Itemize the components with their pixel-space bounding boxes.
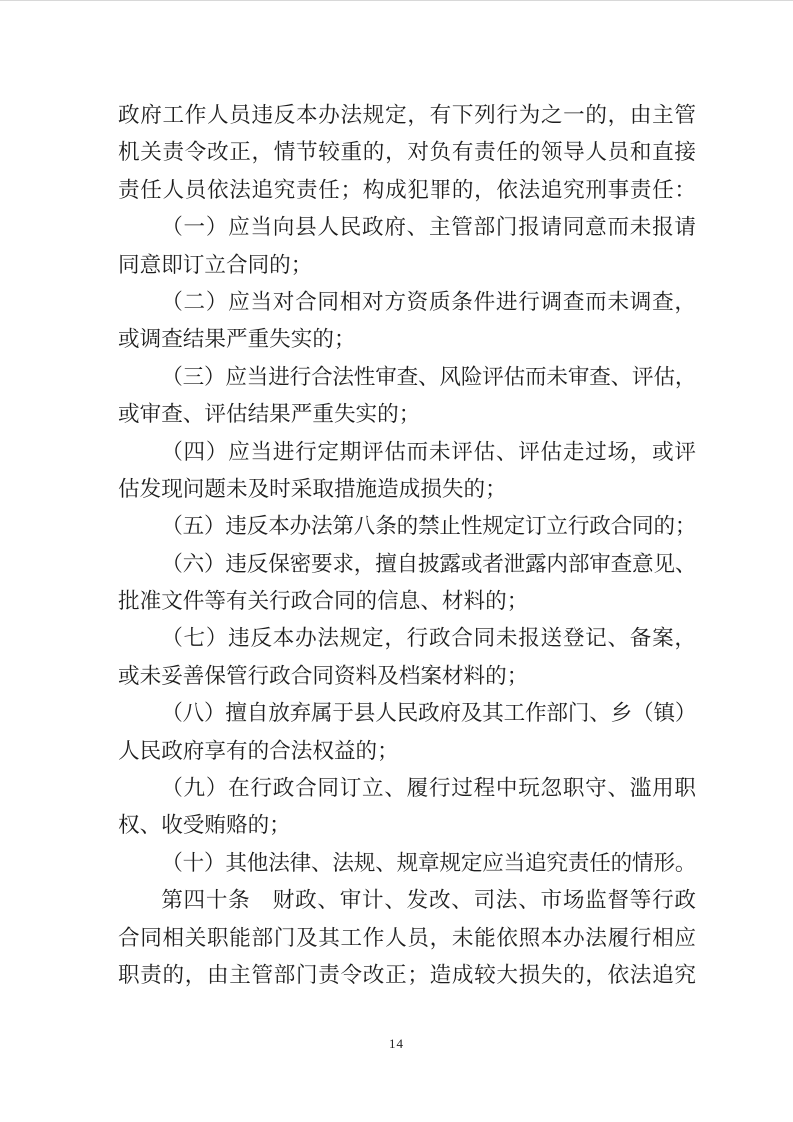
text-line: （七）违反本办法规定，行政合同未报送登记、备案， — [118, 620, 696, 657]
text-line: 或未妥善保管行政合同资料及档案材料的； — [118, 658, 696, 695]
text-line: （八）擅自放弃属于县人民政府及其工作部门、乡（镇） — [118, 695, 696, 732]
text-line: （三）应当进行合法性审查、风险评估而未审查、评估， — [118, 359, 696, 396]
text-line: （九）在行政合同订立、履行过程中玩忽职守、滥用职 — [118, 770, 696, 807]
document-page: 政府工作人员违反本办法规定，有下列行为之一的，由主管机关责令改正，情节较重的，对… — [0, 0, 793, 1122]
text-line: （五）违反本办法第八条的禁止性规定订立行政合同的； — [118, 508, 696, 545]
document-body: 政府工作人员违反本办法规定，有下列行为之一的，由主管机关责令改正，情节较重的，对… — [118, 97, 696, 994]
text-line: （二）应当对合同相对方资质条件进行调查而未调查， — [118, 284, 696, 321]
text-line: 人民政府享有的合法权益的； — [118, 733, 696, 770]
text-line: （四）应当进行定期评估而未评估、评估走过场，或评 — [118, 434, 696, 471]
text-line: 或审查、评估结果严重失实的； — [118, 396, 696, 433]
text-line: 或调查结果严重失实的； — [118, 321, 696, 358]
text-line: （十）其他法律、法规、规章规定应当追究责任的情形。 — [118, 845, 696, 882]
text-line: 机关责令改正，情节较重的，对负有责任的领导人员和直接 — [118, 134, 696, 171]
text-line: 政府工作人员违反本办法规定，有下列行为之一的，由主管 — [118, 97, 696, 134]
page-number: 14 — [389, 1036, 404, 1051]
text-line: 合同相关职能部门及其工作人员，未能依照本办法履行相应 — [118, 920, 696, 957]
page-footer: 14 — [0, 1035, 793, 1053]
text-line: 权、收受贿赂的； — [118, 807, 696, 844]
text-line: 第四十条 财政、审计、发改、司法、市场监督等行政 — [118, 882, 696, 919]
text-line: 职责的，由主管部门责令改正；造成较大损失的，依法追究 — [118, 957, 696, 994]
text-line: 同意即订立合同的； — [118, 247, 696, 284]
text-line: （一）应当向县人民政府、主管部门报请同意而未报请 — [118, 209, 696, 246]
text-line: （六）违反保密要求，擅自披露或者泄露内部审查意见、 — [118, 546, 696, 583]
text-line: 估发现问题未及时采取措施造成损失的； — [118, 471, 696, 508]
text-line: 批准文件等有关行政合同的信息、材料的； — [118, 583, 696, 620]
text-line: 责任人员依法追究责任；构成犯罪的，依法追究刑事责任： — [118, 172, 696, 209]
